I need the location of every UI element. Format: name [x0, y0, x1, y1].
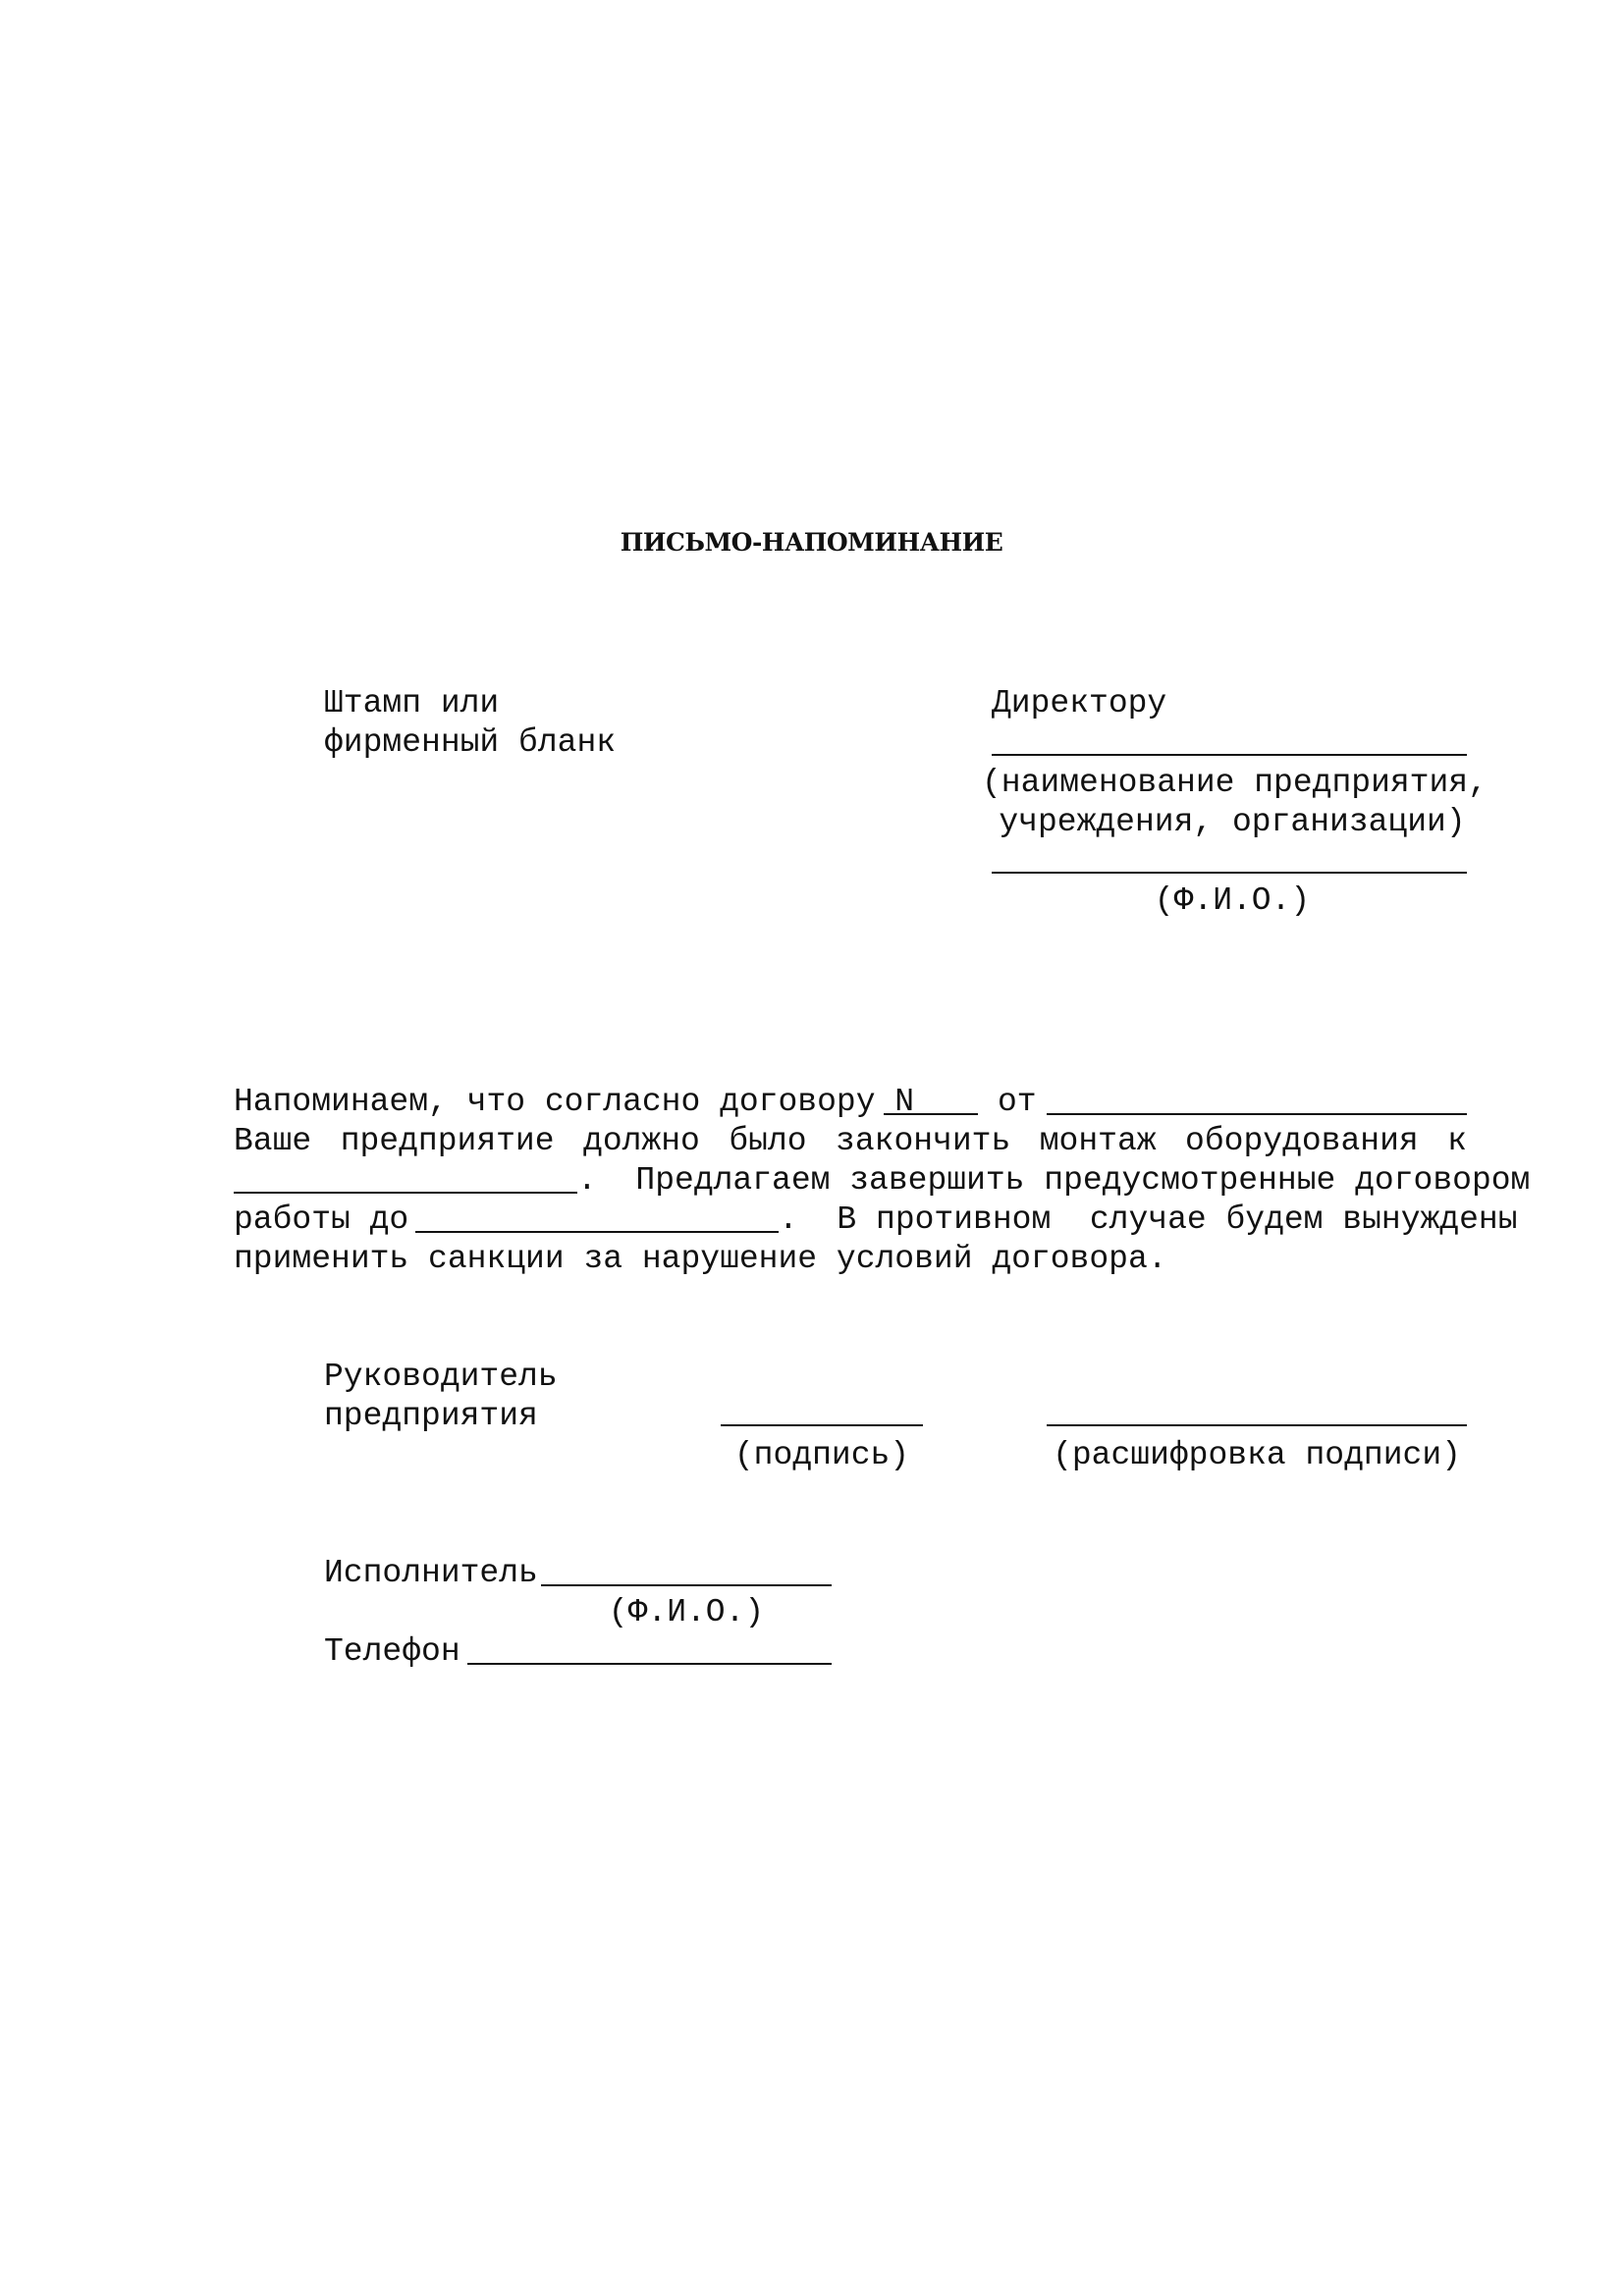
body-line-5: применить санкции за нарушение условий д…: [234, 1240, 1167, 1279]
signer-role-2: предприятия: [324, 1397, 538, 1436]
contract-date-field[interactable]: [1047, 1113, 1467, 1115]
executor-name-field[interactable]: [541, 1584, 832, 1586]
body-line-2: Ваше предприятие должно было закончить м…: [234, 1122, 1467, 1161]
addressee-label: Директору: [992, 684, 1166, 723]
executor-label: Исполнитель: [324, 1554, 538, 1593]
completion-date-field[interactable]: [234, 1192, 577, 1194]
document-title: ПИСЬМО-НАПОМИНАНИЕ: [0, 528, 1623, 557]
body-line-3: . Предлагаем завершить предусмотренные д…: [577, 1161, 1530, 1201]
body-line-4-start: работы до: [234, 1201, 408, 1240]
body-line-1-start: Напоминаем, что согласно договору N: [234, 1083, 914, 1122]
org-name-field[interactable]: [992, 754, 1467, 756]
signature-decode-caption: (расшифровка подписи): [1037, 1436, 1477, 1475]
signer-role-1: Руководитель: [324, 1358, 558, 1397]
signature-caption: (подпись): [721, 1436, 923, 1475]
director-name-caption: (Ф.И.О.): [982, 881, 1483, 921]
org-name-caption-2: учреждения, организации): [982, 803, 1483, 842]
body-line-1-from: от: [998, 1083, 1037, 1122]
signature-field[interactable]: [721, 1424, 923, 1426]
phone-label: Телефон: [324, 1632, 460, 1672]
document-page: ПИСЬМО-НАПОМИНАНИЕ Штамп или фирменный б…: [0, 0, 1623, 2296]
body-line-4-end: . В противном случае будем вынуждены: [779, 1201, 1518, 1240]
director-name-field[interactable]: [992, 872, 1467, 874]
phone-field[interactable]: [467, 1663, 832, 1665]
deadline-date-field[interactable]: [415, 1231, 779, 1233]
contract-number-field[interactable]: [884, 1113, 978, 1115]
stamp-line-2: фирменный бланк: [324, 723, 616, 763]
org-name-caption-1: (наименование предприятия,: [982, 764, 1483, 803]
executor-name-caption: (Ф.И.О.): [541, 1593, 832, 1632]
stamp-line-1: Штамп или: [324, 684, 499, 723]
signature-decode-field[interactable]: [1047, 1424, 1467, 1426]
